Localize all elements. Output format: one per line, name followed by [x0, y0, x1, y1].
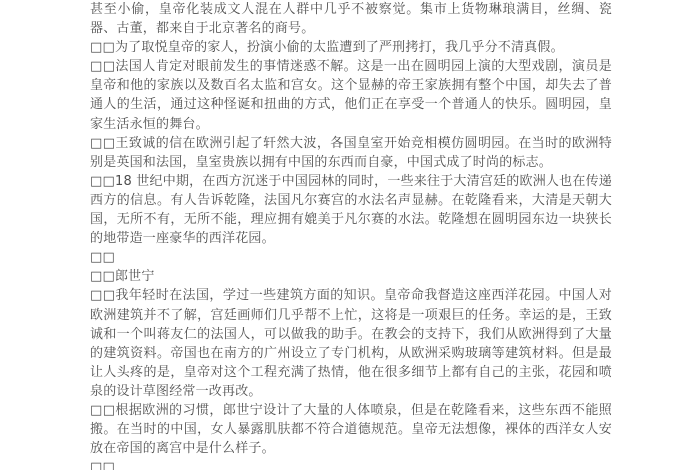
paragraph-speaker-name: □□郎世宁	[90, 267, 612, 286]
paragraph: □□我年轻时在法国，学过一些建筑方面的知识。皇帝命我督造这座西洋花园。中国人对欧…	[90, 286, 612, 401]
paragraph: □□为了取悦皇帝的家人，扮演小偷的太监遭到了严刑拷打，我几乎分不清真假。	[90, 38, 612, 57]
paragraph-spacer: □□	[90, 458, 612, 470]
paragraph: □□法国人肯定对眼前发生的事情迷惑不解。这是一出在圆明园上演的大型戏剧，演员是皇…	[90, 57, 612, 133]
paragraph-spacer: □□	[90, 248, 612, 267]
paragraph: 甚至小偷，皇帝化装成文人混在人群中几乎不被察觉。集市上货物琳琅满目，丝绸、瓷器、…	[90, 0, 612, 38]
text-body: 甚至小偷，皇帝化装成文人混在人群中几乎不被察觉。集市上货物琳琅满目，丝绸、瓷器、…	[90, 0, 612, 470]
document-page: 甚至小偷，皇帝化装成文人混在人群中几乎不被察觉。集市上货物琳琅满目，丝绸、瓷器、…	[0, 0, 700, 470]
paragraph: □□根据欧洲的习惯，郎世宁设计了大量的人体喷泉，但是在乾隆看来，这些东西不能照搬…	[90, 401, 612, 458]
paragraph: □□王致诚的信在欧洲引起了轩然大波，各国皇室开始竞相模仿圆明园。在当时的欧洲特别…	[90, 134, 612, 172]
paragraph: □□18 世纪中期，在西方沉迷于中国园林的同时，一些来往于大清宫廷的欧洲人也在传…	[90, 172, 612, 248]
